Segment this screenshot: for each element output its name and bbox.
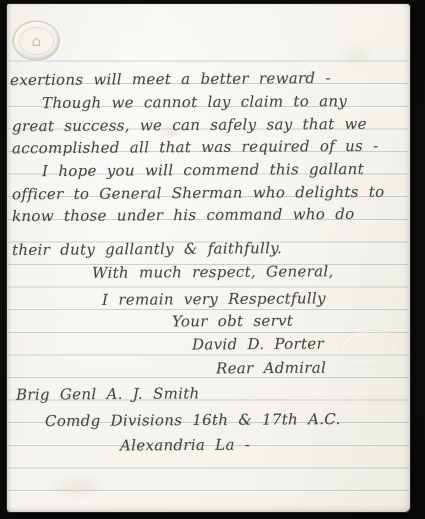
seal-inner-ring: ⌂ (19, 27, 54, 55)
photo-background: ⌂ exertions will meet a better reward -T… (0, 0, 425, 519)
ruled-lines (8, 39, 409, 507)
building-icon: ⌂ (32, 34, 42, 49)
embossed-seal: ⌂ (13, 21, 60, 61)
letter-page: ⌂ (7, 4, 410, 512)
